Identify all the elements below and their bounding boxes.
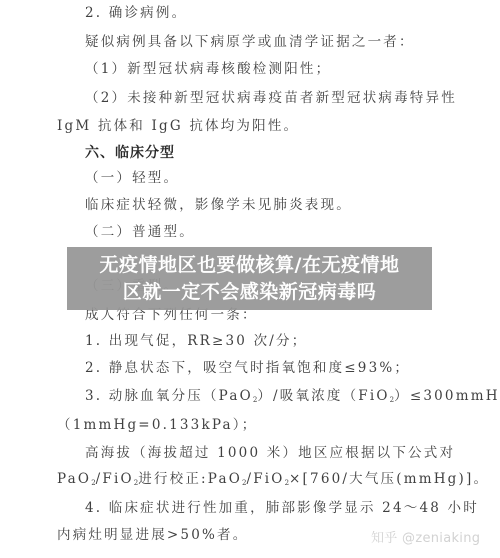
type-mild-description: 临床症状轻微，影像学未见肺炎表现。 bbox=[85, 196, 352, 214]
severe-criterion-1: 1. 出现气促，RR≥30 次/分； bbox=[85, 332, 307, 350]
banner-title-line-1: 无疫情地区也要做核算/在无疫情地 bbox=[100, 252, 400, 279]
unit-conversion-note: （1mmHg=0.133kPa）； bbox=[57, 416, 257, 434]
altitude-correction-formula: PaO2/FiO2进行校正:PaO2/FiO2×[760/大气压(mmHg)]。 bbox=[57, 470, 489, 492]
zhihu-watermark: 知乎 @zeniaking bbox=[371, 527, 480, 546]
type-mild-title: （一）轻型。 bbox=[85, 169, 179, 187]
banner-title-line-2: 区就一定不会感染新冠病毒吗 bbox=[123, 279, 377, 306]
type-common-title: （二）普通型。 bbox=[85, 223, 195, 241]
section-heading-clinical-types: 六、临床分型 bbox=[85, 144, 175, 162]
severe-criterion-4-continued: 内病灶明显进展>50%者。 bbox=[57, 526, 248, 544]
criterion-2-continued: IgM 抗体和 IgG 抗体均为阳性。 bbox=[57, 117, 299, 135]
high-altitude-note: 高海拔（海拔超过 1000 米）地区应根据以下公式对 bbox=[85, 444, 455, 462]
criterion-2: （2）未接种新型冠状病毒疫苗者新型冠状病毒特异性 bbox=[85, 89, 457, 107]
title-banner: 无疫情地区也要做核算/在无疫情地 区就一定不会感染新冠病毒吗 bbox=[67, 247, 432, 310]
suspected-case-criteria: 疑似病例具备以下病原学或血清学证据之一者： bbox=[85, 33, 415, 51]
case-confirmed-title: 2. 确诊病例。 bbox=[85, 4, 187, 22]
severe-criterion-3: 3. 动脉血氧分压（PaO2）/吸氧浓度（FiO2）≤300mmHg bbox=[85, 387, 500, 409]
severe-criterion-4: 4. 临床症状进行性加重，肺部影像学显示 24～48 小时 bbox=[85, 499, 479, 517]
criterion-1: （1）新型冠状病毒核酸检测阳性； bbox=[85, 60, 331, 78]
severe-criterion-2: 2. 静息状态下，吸空气时指氧饱和度≤93%； bbox=[85, 359, 410, 377]
